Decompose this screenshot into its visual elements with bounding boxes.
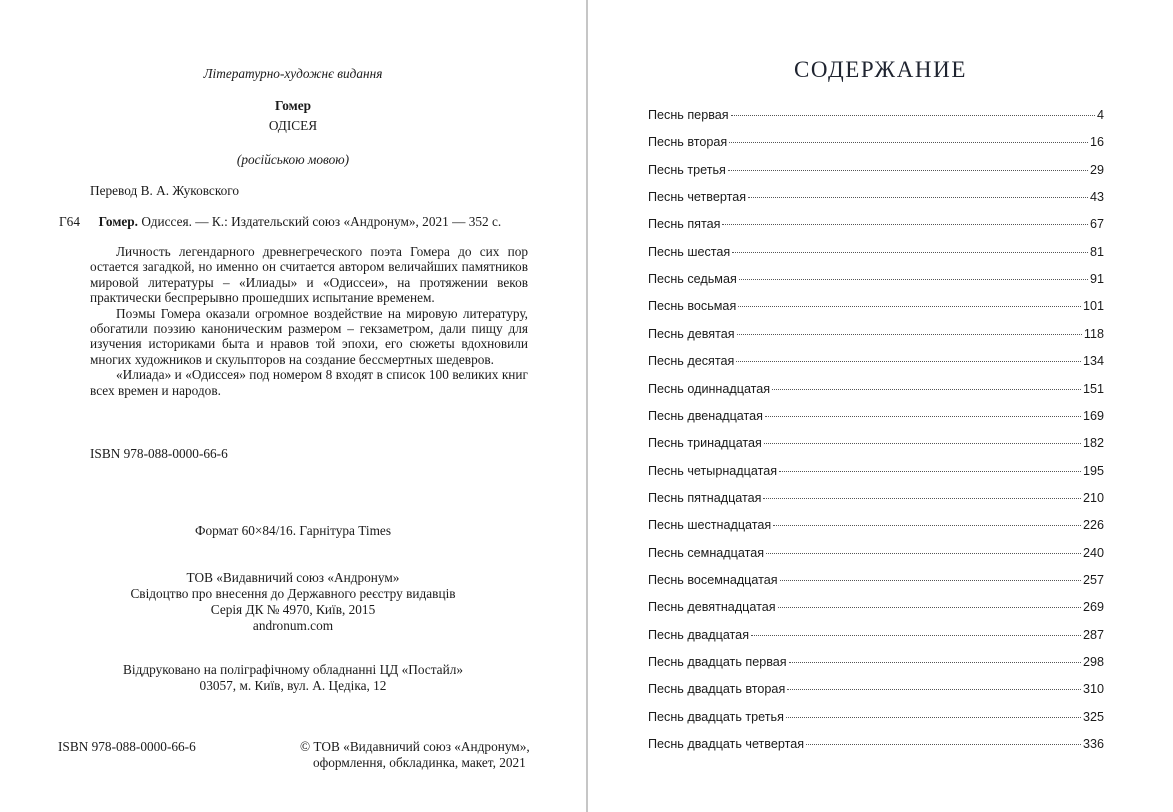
toc-entry-label: Песнь двадцать вторая xyxy=(648,682,786,696)
dot-leader xyxy=(765,416,1081,417)
toc-entry-label: Песнь двадцать первая xyxy=(648,655,788,669)
toc-entry[interactable]: Песнь первая4 xyxy=(648,108,1104,126)
toc-entry-label: Песнь вторая xyxy=(648,135,728,149)
toc-entry-label: Песнь девятнадцатая xyxy=(648,600,777,614)
dot-leader xyxy=(739,279,1088,280)
toc-entry-label: Песнь десятая xyxy=(648,354,735,368)
dot-leader xyxy=(738,306,1081,307)
toc-entry-label: Песнь четвертая xyxy=(648,190,747,204)
toc-entry-label: Песнь шестая xyxy=(648,245,731,259)
publisher-line: Свідоцтво про внесення до Державного реє… xyxy=(0,586,586,602)
author-name: Гомер xyxy=(0,98,586,114)
dot-leader xyxy=(789,662,1081,663)
catalog-entry: Г64 Гомер. Одиссея. — К.: Издательский с… xyxy=(59,214,501,230)
format-line: Формат 60×84/16. Гарнітура Times xyxy=(0,523,586,539)
isbn-top: ISBN 978-088-0000-66-6 xyxy=(90,446,228,462)
printer-block: Віддруковано на поліграфічному обладнанн… xyxy=(0,662,586,694)
toc-entry-label: Песнь четырнадцатая xyxy=(648,464,778,478)
toc-entry-label: Песнь пятнадцатая xyxy=(648,491,762,505)
toc-entry[interactable]: Песнь девятая118 xyxy=(648,327,1104,345)
language-note: (російською мовою) xyxy=(0,152,586,168)
printer-line: Віддруковано на поліграфічному обладнанн… xyxy=(0,662,586,678)
toc-entry-label: Песнь тринадцатая xyxy=(648,436,763,450)
toc-entry-page-number: 169 xyxy=(1082,409,1104,423)
dot-leader xyxy=(780,580,1081,581)
toc-title: СОДЕРЖАНИЕ xyxy=(588,57,1173,83)
publisher-website: andronum.com xyxy=(0,618,586,634)
toc-entry-page-number: 43 xyxy=(1089,190,1104,204)
toc-entry[interactable]: Песнь семнадцатая240 xyxy=(648,546,1104,564)
toc-entry-label: Песнь двенадцатая xyxy=(648,409,764,423)
dot-leader xyxy=(763,498,1081,499)
catalog-code: Г64 xyxy=(59,214,80,229)
publisher-block: ТОВ «Видавничий союз «Андронум» Свідоцтв… xyxy=(0,570,586,634)
toc-entry[interactable]: Песнь одиннадцатая151 xyxy=(648,382,1104,400)
toc-entry[interactable]: Песнь четырнадцатая195 xyxy=(648,464,1104,482)
toc-entry[interactable]: Песнь шестнадцатая226 xyxy=(648,518,1104,536)
right-page-contents: СОДЕРЖАНИЕ Песнь первая4Песнь вторая16Пе… xyxy=(588,0,1173,812)
dot-leader xyxy=(722,224,1088,225)
toc-entry-page-number: 29 xyxy=(1089,163,1104,177)
dot-leader xyxy=(729,142,1088,143)
dot-leader xyxy=(806,744,1081,745)
toc-entry[interactable]: Песнь третья29 xyxy=(648,163,1104,181)
toc-entry-page-number: 118 xyxy=(1083,327,1104,341)
copyright-block: © ТОВ «Видавничий союз «Андронум», оформ… xyxy=(300,739,530,771)
copyright-line: оформлення, обкладинка, макет, 2021 xyxy=(300,755,530,771)
publisher-line: Серія ДК № 4970, Київ, 2015 xyxy=(0,602,586,618)
dot-leader xyxy=(773,525,1081,526)
dot-leader xyxy=(764,443,1081,444)
toc-entry-label: Песнь девятая xyxy=(648,327,736,341)
toc-entry-label: Песнь восьмая xyxy=(648,299,737,313)
toc-entry-label: Песнь пятая xyxy=(648,217,721,231)
dot-leader xyxy=(778,607,1081,608)
dot-leader xyxy=(731,115,1095,116)
toc-entry-label: Песнь восемнадцатая xyxy=(648,573,779,587)
toc-entry-page-number: 91 xyxy=(1089,272,1104,286)
toc-entry-label: Песнь одиннадцатая xyxy=(648,382,771,396)
toc-entry[interactable]: Песнь восьмая101 xyxy=(648,299,1104,317)
toc-entry[interactable]: Песнь восемнадцатая257 xyxy=(648,573,1104,591)
toc-entry-label: Песнь шестнадцатая xyxy=(648,518,772,532)
toc-entry-label: Песнь третья xyxy=(648,163,727,177)
dot-leader xyxy=(736,361,1081,362)
translator-credit: Перевод В. А. Жуковского xyxy=(90,183,239,199)
toc-entry[interactable]: Песнь двадцать четвертая336 xyxy=(648,737,1104,755)
toc-entry-label: Песнь семнадцатая xyxy=(648,546,765,560)
dot-leader xyxy=(766,553,1081,554)
dot-leader xyxy=(728,170,1088,171)
toc-entry[interactable]: Песнь двенадцатая169 xyxy=(648,409,1104,427)
toc-entry-page-number: 257 xyxy=(1082,573,1104,587)
book-title: ОДІСЕЯ xyxy=(0,118,586,134)
toc-entry-page-number: 151 xyxy=(1082,382,1104,396)
toc-entry-page-number: 269 xyxy=(1082,600,1104,614)
toc-entry[interactable]: Песнь двадцать вторая310 xyxy=(648,682,1104,700)
toc-entry-page-number: 182 xyxy=(1082,436,1104,450)
toc-entry-page-number: 310 xyxy=(1082,682,1104,696)
toc-entry[interactable]: Песнь десятая134 xyxy=(648,354,1104,372)
toc-entry-page-number: 325 xyxy=(1082,710,1104,724)
toc-entry-page-number: 67 xyxy=(1089,217,1104,231)
toc-entry-page-number: 226 xyxy=(1082,518,1104,532)
annotation: Личность легендарного древнегреческого п… xyxy=(90,244,528,398)
dot-leader xyxy=(748,197,1088,198)
dot-leader xyxy=(772,389,1081,390)
toc-entry[interactable]: Песнь седьмая91 xyxy=(648,272,1104,290)
toc-entry-page-number: 4 xyxy=(1096,108,1104,122)
dot-leader xyxy=(787,689,1081,690)
dot-leader xyxy=(751,635,1081,636)
edition-type: Літературно-художнє видання xyxy=(0,66,586,82)
toc-entry-page-number: 210 xyxy=(1082,491,1104,505)
toc-entry-page-number: 240 xyxy=(1082,546,1104,560)
toc-entry[interactable]: Песнь девятнадцатая269 xyxy=(648,600,1104,618)
dot-leader xyxy=(732,252,1088,253)
toc-entry-label: Песнь седьмая xyxy=(648,272,738,286)
toc-entry-page-number: 298 xyxy=(1082,655,1104,669)
toc-entry[interactable]: Песнь пятнадцатая210 xyxy=(648,491,1104,509)
printer-line: 03057, м. Київ, вул. А. Цедіка, 12 xyxy=(0,678,586,694)
catalog-author: Гомер. xyxy=(99,214,138,229)
toc-entry[interactable]: Песнь пятая67 xyxy=(648,217,1104,235)
toc-entry-page-number: 287 xyxy=(1082,628,1104,642)
toc-entry[interactable]: Песнь четвертая43 xyxy=(648,190,1104,208)
toc-entry-page-number: 101 xyxy=(1082,299,1104,313)
toc-entry-page-number: 336 xyxy=(1082,737,1104,751)
toc-entry-page-number: 16 xyxy=(1089,135,1104,149)
dot-leader xyxy=(786,717,1081,718)
dot-leader xyxy=(737,334,1082,335)
toc-entry[interactable]: Песнь двадцать третья325 xyxy=(648,710,1104,728)
isbn-bottom: ISBN 978-088-0000-66-6 xyxy=(58,739,196,755)
left-page-imprint: Літературно-художнє видання Гомер ОДІСЕЯ… xyxy=(0,0,586,812)
toc-entry-label: Песнь первая xyxy=(648,108,730,122)
dot-leader xyxy=(779,471,1081,472)
toc-entry-page-number: 195 xyxy=(1082,464,1104,478)
annotation-paragraph: Личность легендарного древнегреческого п… xyxy=(90,244,528,306)
toc-entry[interactable]: Песнь двадцать первая298 xyxy=(648,655,1104,673)
toc-entry-label: Песнь двадцать третья xyxy=(648,710,785,724)
catalog-description: Одиссея. — К.: Издательский союз «Андрон… xyxy=(138,214,501,229)
toc-entry-label: Песнь двадцать четвертая xyxy=(648,737,805,751)
publisher-line: ТОВ «Видавничий союз «Андронум» xyxy=(0,570,586,586)
toc-entry-page-number: 81 xyxy=(1089,245,1104,259)
toc-entry[interactable]: Песнь вторая16 xyxy=(648,135,1104,153)
toc-entry-label: Песнь двадцатая xyxy=(648,628,750,642)
annotation-paragraph: «Илиада» и «Одиссея» под номером 8 входя… xyxy=(90,367,528,398)
annotation-paragraph: Поэмы Гомера оказали огромное воздействи… xyxy=(90,306,528,368)
toc-entry[interactable]: Песнь шестая81 xyxy=(648,245,1104,263)
toc-entry[interactable]: Песнь двадцатая287 xyxy=(648,628,1104,646)
toc-entry[interactable]: Песнь тринадцатая182 xyxy=(648,436,1104,454)
copyright-line: © ТОВ «Видавничий союз «Андронум», xyxy=(300,739,530,755)
toc-entry-page-number: 134 xyxy=(1082,354,1104,368)
